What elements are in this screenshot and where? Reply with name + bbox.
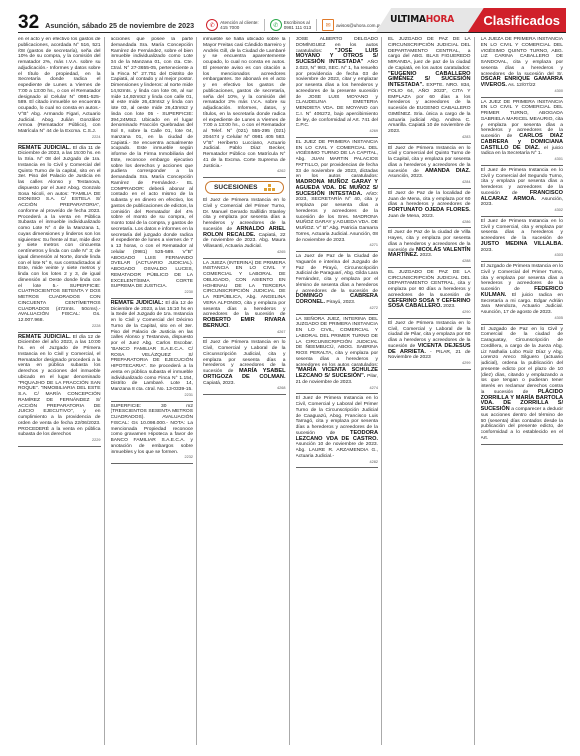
notice-text: inmueble se halla ubicado sobre la Mayor… xyxy=(203,37,286,169)
notice-code: 4269 xyxy=(296,129,379,135)
legal-notice: El Juzgado de Paz en lo Civil y Comercia… xyxy=(481,327,564,445)
legal-notice: El Juez de Primera Instancia en lo Civil… xyxy=(203,198,286,259)
notice-text: EL JUZGADO DE PAZ DE LA CIRCUNSCRIPCIÓN … xyxy=(388,270,471,298)
notice-code: 4299 xyxy=(388,361,471,367)
notice-code: 4265 xyxy=(203,250,286,256)
notice-text: El Juez de Primera Instancia en lo Civil… xyxy=(481,219,564,241)
notice-code: 4282 xyxy=(296,460,379,466)
notice-code: 2232 xyxy=(111,455,194,461)
notice-text: El día 12 de Diciembre del año 2023, a l… xyxy=(18,335,101,438)
legal-notice: REMATE JUDICIAL: El día 12 de Diciembre … xyxy=(111,301,194,402)
legal-notice: EL JUEZ DE PRIMERA INSTANCIA EN LO CIVIL… xyxy=(296,140,379,252)
contact-value: 0981 111 013 xyxy=(284,25,311,30)
column-5: EL JUZGADO DE PAZ DE LA CIRCUNSCRIPCIÓN … xyxy=(388,37,475,745)
page-header: 32 Asunción, sábado 25 de noviembre de 2… xyxy=(18,8,566,33)
legal-notice: REMATE JUDICIAL. El día 11 de Diciembre … xyxy=(18,146,101,333)
notice-code: 4302 xyxy=(481,208,564,214)
notice-text: en el acto y en efectivo los gastos de p… xyxy=(18,37,101,134)
notice-code: 4301 xyxy=(481,157,564,163)
notice-text: El Juez de Paz de la localidad de Juan d… xyxy=(388,191,471,208)
legal-notice: acciones que posee la parte demandada Sr… xyxy=(111,37,194,299)
notice-code: 4262 xyxy=(203,169,286,175)
notice-code: 4290 xyxy=(388,310,471,316)
notice-code: 4272 xyxy=(296,306,379,312)
whatsapp-icon: ✆ xyxy=(270,19,282,31)
legal-notice: JOSE ALBERTO DELGADO DOMÍNGUEZ en los au… xyxy=(296,37,379,138)
notice-heading: AMANDA DIAZ. xyxy=(425,168,471,174)
notice-heading: JUSTO MEDINA VILLALBA. xyxy=(481,241,564,247)
notice-text: Asunción, 2023. xyxy=(388,174,423,179)
ultimahora-logo: ULTIMAHORA xyxy=(390,14,454,25)
legal-notice: LA JUEZA (INTERINA) DE PRIMERA INSTANCIA… xyxy=(203,261,286,339)
legal-notice: LA JUEZA DE PRIMERA INSTANCIA EN LO CIVI… xyxy=(481,37,564,98)
notice-text: As. 12/07/22 xyxy=(507,83,536,88)
notice-heading: REMATE JUDICIAL. xyxy=(18,334,71,340)
logo-part1: ULTIMA xyxy=(390,14,426,25)
notice-text: AÑO: 2023, SECRETARÍA N° 40, cita y empl… xyxy=(296,192,379,243)
notice-code: 2224 xyxy=(18,135,101,141)
notice-heading: REMATE JUDICIAL. xyxy=(18,145,71,151)
section-title: Clasificados xyxy=(468,8,566,32)
contact-email[interactable]: ✉ avisos@uhora.com.py xyxy=(322,19,387,31)
notice-text: . xyxy=(228,324,229,329)
notice-code: 4286 xyxy=(388,220,471,226)
notice-code: 4267 xyxy=(203,330,286,336)
notice-code: 2229 xyxy=(18,438,101,444)
notice-heading: ROBERTO EMIR RIVARA BERNUCI xyxy=(203,317,286,329)
contact-whatsapp[interactable]: ✆ Escribinos al0981 111 013 xyxy=(270,19,317,31)
legal-notice: El Juez de Primera Instancia en lo Civil… xyxy=(388,321,471,370)
legal-notice: El Juez de Primera Instancia en lo Civil… xyxy=(388,146,471,189)
notice-heading: REMATE JUDICIAL: xyxy=(111,300,164,306)
notice-code: 4271 xyxy=(296,243,379,249)
notice-text: LA JUEZA DE PRIMERA INSTANCIA EN LO CIVI… xyxy=(481,37,564,77)
legal-notice: en el acto y en efectivo los gastos de p… xyxy=(18,37,101,144)
notice-text: Juan de Mena, 2023. xyxy=(388,214,434,219)
notice-text: acciones que posee la parte demandada Sr… xyxy=(111,37,194,289)
legal-notice: inmueble se halla ubicado sobre la Mayor… xyxy=(203,37,286,178)
notice-code: 4274 xyxy=(296,386,379,392)
notice-code: 4288 xyxy=(388,259,471,265)
notice-text: EL JUZGADO DE PAZ DE LA CIRCUNSCRIPCIÓN … xyxy=(388,37,471,71)
notice-text: El Juzgado de Paz en lo Civil y Comercia… xyxy=(481,327,564,395)
notice-text: El día 12 de Diciembre de 2023, a las 15… xyxy=(111,301,194,392)
legal-notice: LA SEÑORA JUEZ, INTERINA DEL JUZGADO DE … xyxy=(296,317,379,395)
legal-notice: EL JUZGADO DE PAZ DE LA CIRCUNSCRIPCIÓN … xyxy=(388,37,471,144)
notice-text: SUPERFICIE: 30 m2 (TRESCIENTOS SESENTA M… xyxy=(111,404,194,455)
notice-text: EL JUEZ DE PRIMERA INSTANCIA EN LO CIVIL… xyxy=(296,140,379,180)
column-1: en el acto y en efectivo los gastos de p… xyxy=(18,37,105,745)
notice-text: 2023. xyxy=(442,304,456,309)
notice-code: 4305 xyxy=(481,316,564,322)
legal-notice: SUPERFICIE: 30 m2 (TRESCIENTOS SESENTA M… xyxy=(111,404,194,465)
notice-text: 2023. xyxy=(481,248,493,253)
legal-notice: La Juez de Paz de la Ciudad de Yaguarón … xyxy=(296,254,379,315)
notice-code: 2231 xyxy=(111,393,194,399)
notice-text: 2023. xyxy=(418,253,432,258)
notice-code: 2230 xyxy=(111,290,194,296)
notice-text: La Juez de Paz de la Ciudad de Yaguarón … xyxy=(296,254,379,294)
legal-notice: El Juzgado de Primera Instancia en lo Ci… xyxy=(481,264,564,325)
notice-code: 2228 xyxy=(18,324,101,330)
column-4: JOSE ALBERTO DELGADO DOMÍNGUEZ en los au… xyxy=(296,37,383,745)
column-2: acciones que posee la parte demandada Sr… xyxy=(111,37,198,745)
banner-label: SUCESIONES xyxy=(214,185,258,191)
legal-notice: El Juez de Primera Instancia en lo Civil… xyxy=(296,396,379,468)
legal-notice: El Juez de Paz de la ciudad de Villa Hay… xyxy=(388,230,471,268)
notice-text: EXPTE. NRO. 834, FOLIO 64, AÑO 2023", CI… xyxy=(388,83,471,134)
notice-text: Asunción 10 de noviembre de 2023. Abg. L… xyxy=(296,442,379,459)
notice-code: 4303 xyxy=(481,253,564,259)
blocks-icon xyxy=(264,184,275,191)
logo-part2: HORA xyxy=(426,14,454,25)
column-3: inmueble se halla ubicado sobre la Mayor… xyxy=(203,37,290,745)
legal-notice: El Juez de Primera Instancia en lo Civil… xyxy=(481,219,564,262)
legal-notice: El Juez de Primera Instancia en lo Civil… xyxy=(481,168,564,217)
notice-text: El día 11 de Diciembre de 2023, a las 15… xyxy=(18,146,101,324)
notice-text: LA JUEZA (INTERINA) DE PRIMERA INSTANCIA… xyxy=(203,261,286,318)
notice-text: LA SEÑORA JUEZ, INTERINA DEL JUZGADO DE … xyxy=(296,317,379,368)
legal-notice: El Juez de Paz de la localidad de Juan d… xyxy=(388,191,471,229)
contact-phone[interactable]: ✆ Atención al cliente:415 7000 xyxy=(206,19,265,31)
notice-text: AÑO 2.023, N° 983, SEC. N° 1, ha resuelt… xyxy=(296,60,379,128)
notice-code: 4300 xyxy=(481,89,564,95)
mail-icon: ✉ xyxy=(322,19,334,31)
notice-code: 4268 xyxy=(203,386,286,392)
page-date: Asunción, sábado 25 de noviembre de 2023 xyxy=(45,21,194,30)
column-6: LA JUEZA DE PRIMERA INSTANCIA EN LO CIVI… xyxy=(481,37,567,745)
notice-heading: FORTUNATO OJEDA FLORES. xyxy=(388,207,471,213)
section-banner-sucesiones: SUCESIONES xyxy=(205,181,284,194)
legal-notice: LA JUEZ DE PRIMERA INSTANCIA EN LO CIVIL… xyxy=(481,100,564,166)
notice-heading: CEFERINO SOSA Y CEFERINO SOSA CABALLERO. xyxy=(388,298,471,310)
phone-icon: ✆ xyxy=(206,19,218,31)
notice-code: 4284 xyxy=(388,180,471,186)
legal-notice: El Juez de Primera Instancia en lo Civil… xyxy=(203,340,286,395)
legal-notice: EL JUZGADO DE PAZ DE LA CIRCUNSCRIPCIÓN … xyxy=(388,270,471,319)
notice-text: Pirayú, 2023. xyxy=(325,300,355,305)
legal-notice: REMATE JUDICIAL. El día 12 de Diciembre … xyxy=(18,335,101,447)
contact-value: avisos@uhora.com.py xyxy=(336,23,382,28)
contact-value: 415 7000 xyxy=(220,25,239,30)
newspaper-page: 32 Asunción, sábado 25 de noviembre de 2… xyxy=(18,8,566,748)
columns-container: en el acto y en efectivo los gastos de p… xyxy=(18,37,566,745)
notice-text: Capiatá, 2023. xyxy=(203,381,235,386)
notice-code: 4283 xyxy=(388,135,471,141)
notice-text: a comparecer a deducir sus acciones dent… xyxy=(481,407,564,441)
page-number: 32 xyxy=(18,13,39,32)
